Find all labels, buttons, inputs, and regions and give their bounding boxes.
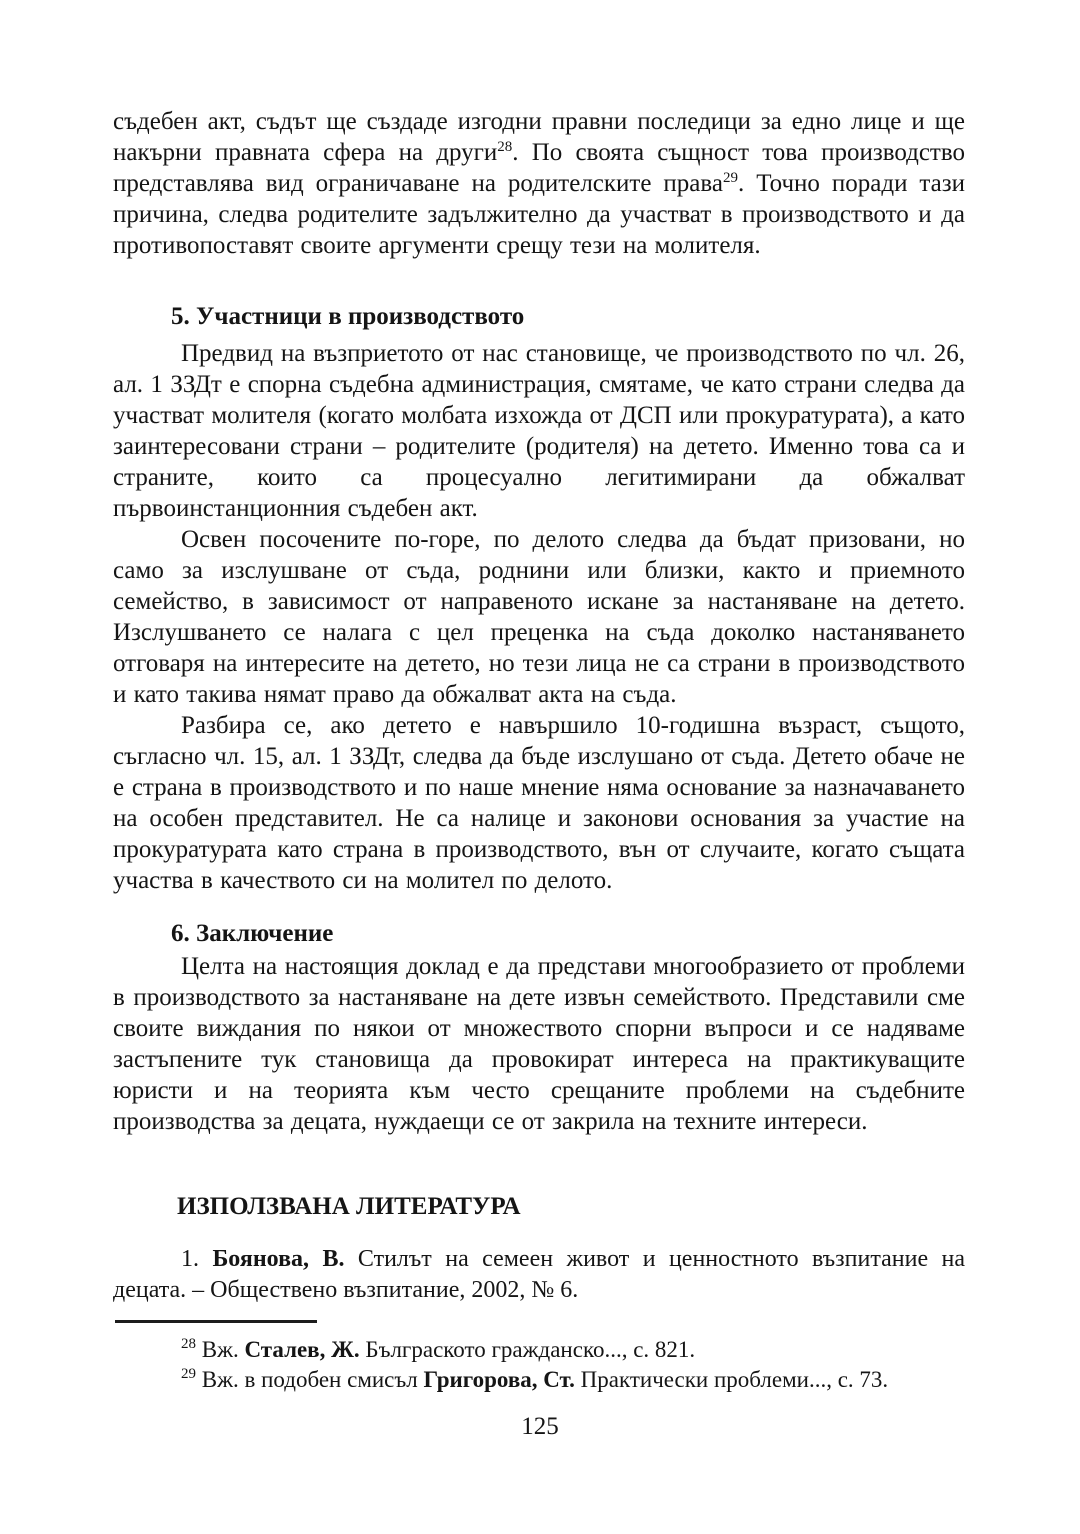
- footnotes-block: 28 Вж. Сталев, Ж. Бълграското гражданско…: [0, 1335, 1080, 1395]
- section-5-heading: 5. Участници в производството: [113, 301, 965, 332]
- text-segment: 1.: [181, 1246, 212, 1272]
- footnote-ref: 28: [497, 139, 512, 155]
- text-segment: Бълграското гражданско..., с. 821.: [360, 1337, 696, 1362]
- footnote-ref: 29: [181, 1366, 196, 1382]
- section-5-paragraph-1: Предвид на възприетото от нас становище,…: [113, 338, 965, 524]
- text-segment: Григорова, Ст.: [424, 1367, 575, 1392]
- text-segment: Вж. в подобен смисъл: [196, 1367, 424, 1392]
- text-segment: Вж.: [196, 1337, 244, 1362]
- literature-entry-1: 1. Боянова, В. Стилът на семеен живот и …: [113, 1244, 965, 1306]
- text-segment: Разбира се, ако детето е навършило 10-го…: [113, 712, 965, 894]
- text-segment: Практически проблеми..., с. 73.: [575, 1367, 888, 1392]
- footnote-28: 28 Вж. Сталев, Ж. Бълграското гражданско…: [113, 1335, 965, 1365]
- section-5-paragraph-2: Освен посочените по-горе, по делото след…: [113, 524, 965, 710]
- text-segment: Целта на настоящия доклад е да представи…: [113, 953, 965, 1135]
- text-segment: Предвид на възприетото от нас становище,…: [113, 340, 965, 522]
- footnote-separator-rule: [115, 1320, 317, 1323]
- intro-continuation-paragraph: съдебен акт, съдът ще създаде изгодни пр…: [113, 106, 965, 261]
- literature-heading: ИЗПОЛЗВАНА ЛИТЕРАТУРА: [113, 1191, 965, 1222]
- section-6-heading: 6. Заключение: [113, 918, 965, 949]
- text-segment: Боянова, В.: [212, 1246, 344, 1272]
- text-segment: Сталев, Ж.: [244, 1337, 359, 1362]
- document-page: съдебен акт, съдът ще създаде изгодни пр…: [0, 0, 1080, 1534]
- footnote-ref: 29: [723, 170, 738, 186]
- text-segment: Освен посочените по-горе, по делото след…: [113, 526, 965, 708]
- section-6-paragraph-1: Целта на настоящия доклад е да представи…: [113, 951, 965, 1137]
- footnote-29: 29 Вж. в подобен смисъл Григорова, Ст. П…: [113, 1365, 965, 1395]
- page-body: съдебен акт, съдът ще създаде изгодни пр…: [0, 0, 1080, 1323]
- page-number: 125: [0, 1411, 1080, 1442]
- footnote-ref: 28: [181, 1336, 196, 1352]
- section-5-paragraph-3: Разбира се, ако детето е навършило 10-го…: [113, 710, 965, 896]
